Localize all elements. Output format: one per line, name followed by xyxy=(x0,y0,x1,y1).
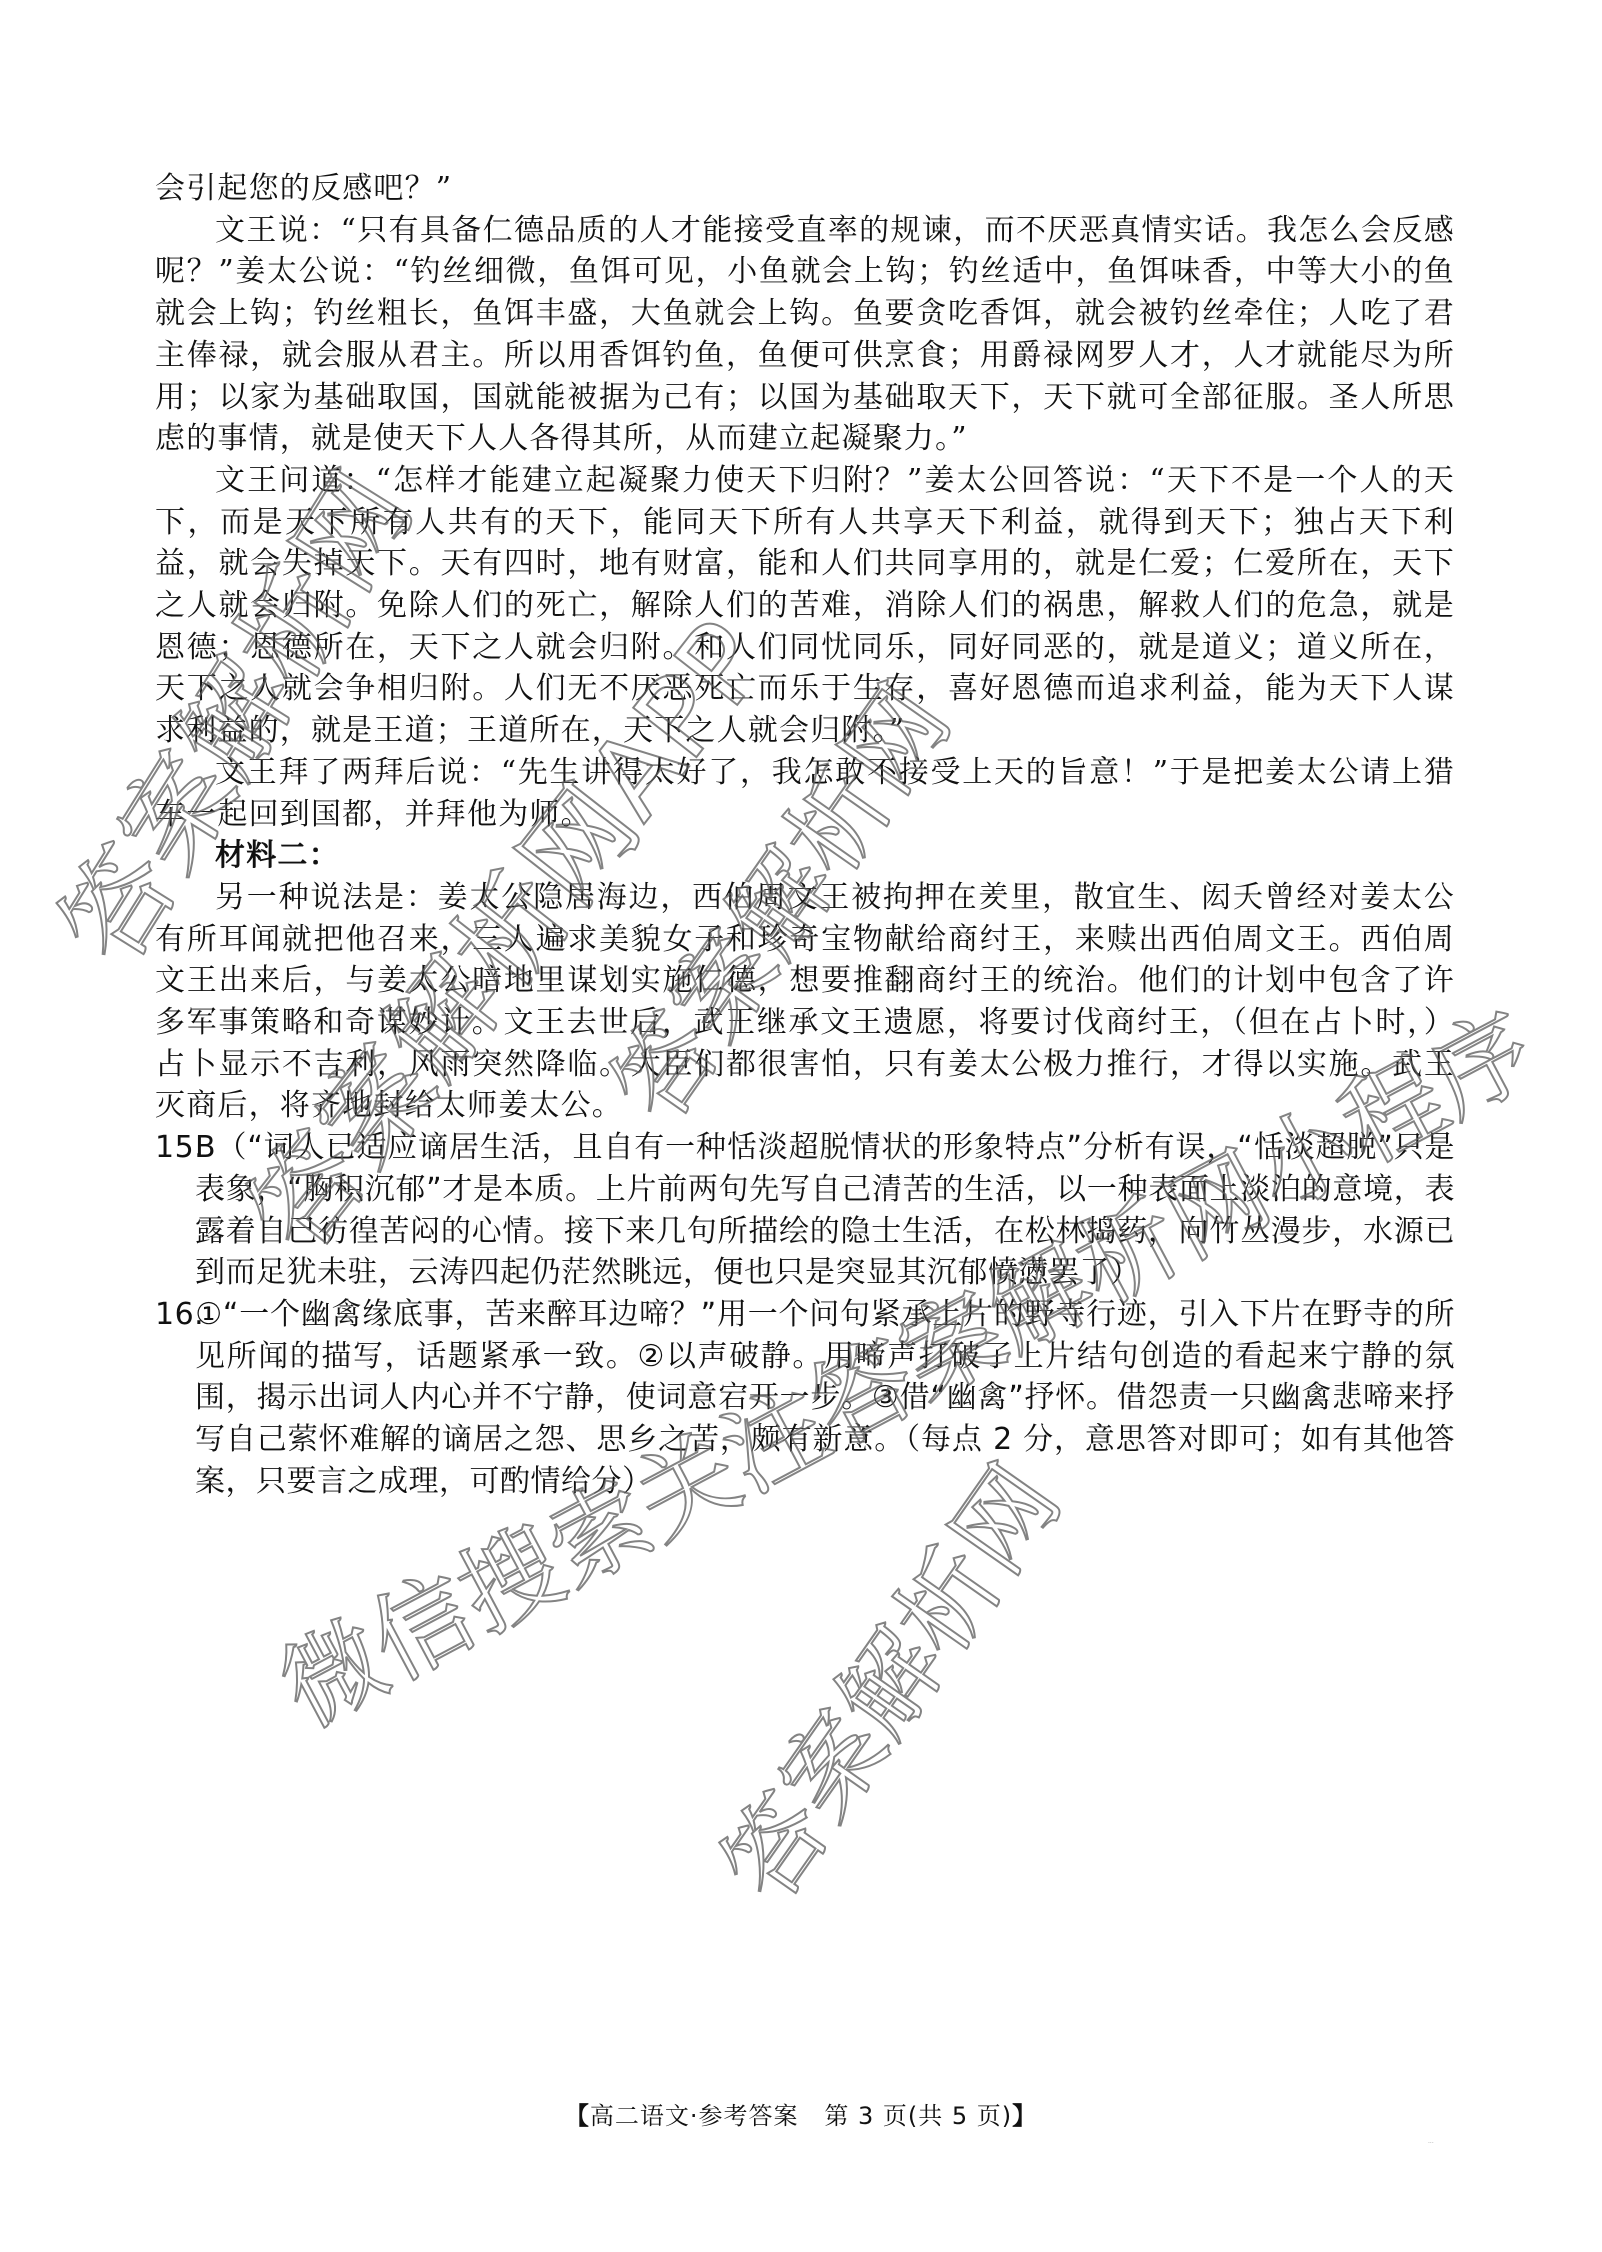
material2-text: 另一种说法是：姜太公隐居海边，西伯周文王被拘押在羑里，散宜生、闳夭曾经对姜太公有… xyxy=(155,877,1455,1127)
scan-mark: ... xyxy=(1428,2138,1434,2145)
paragraph-continuation: 会引起您的反感吧？” xyxy=(155,168,1455,210)
footer-close-bracket: 】 xyxy=(1012,2102,1037,2130)
footer-open-bracket: 【 xyxy=(565,2102,590,2130)
document-page: 会引起您的反感吧？” 文王说：“只有具备仁德品质的人才能接受直率的规谏，而不厌恶… xyxy=(0,0,1602,2252)
footer-page-info: 第 3 页(共 5 页) xyxy=(824,2102,1012,2130)
footer-subject: 高二语文·参考答案 xyxy=(590,2102,799,2130)
paragraph-wenwang-reply: 文王说：“只有具备仁德品质的人才能接受直率的规谏，而不厌恶真情实话。我怎么会反感… xyxy=(155,210,1455,460)
answer-number: 15. xyxy=(155,1127,195,1169)
page-footer: 【高二语文·参考答案 第 3 页(共 5 页)】 xyxy=(0,2096,1602,2131)
watermark-text: 答案解析网 xyxy=(682,1432,1087,1924)
material2-heading: 材料二： xyxy=(155,835,1455,877)
answer-number: 16. xyxy=(155,1294,195,1336)
document-body: 会引起您的反感吧？” 文王说：“只有具备仁德品质的人才能接受直率的规谏，而不厌恶… xyxy=(155,168,1455,1503)
paragraph-wenwang-question: 文王问道：“怎样才能建立起凝聚力使天下归附？”姜太公回答说：“天下不是一个人的天… xyxy=(155,460,1455,752)
answer-text: B（“词人已适应谪居生活，且自有一种恬淡超脱情状的形象特点”分析有误，“恬淡超脱… xyxy=(195,1130,1455,1290)
answer-15: 15.B（“词人已适应谪居生活，且自有一种恬淡超脱情状的形象特点”分析有误，“恬… xyxy=(155,1127,1455,1294)
answer-16: 16.①“一个幽禽缘底事，苦来醉耳边啼？”用一个问句紧承上片的野寺行迹，引入下片… xyxy=(155,1294,1455,1503)
paragraph-wenwang-bows: 文王拜了两拜后说：“先生讲得太好了，我怎敢不接受上天的旨意！”于是把姜太公请上猎… xyxy=(155,752,1455,835)
answer-text: ①“一个幽禽缘底事，苦来醉耳边啼？”用一个问句紧承上片的野寺行迹，引入下片在野寺… xyxy=(195,1297,1455,1499)
